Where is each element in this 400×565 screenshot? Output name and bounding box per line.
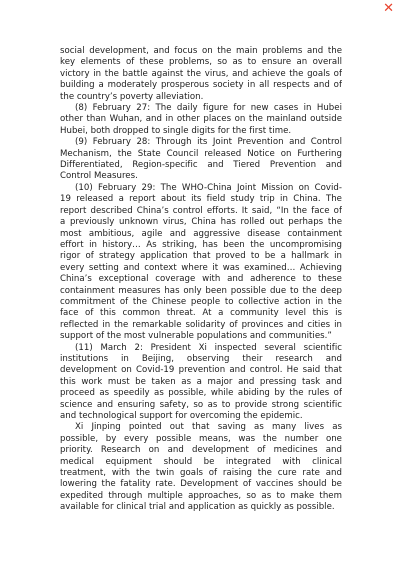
text-line: expedited through multiple approaches, s… [60,491,342,502]
text-line: treatment, with the twin goals of raisin… [60,468,342,479]
text-line: available for clinical trial and applica… [60,502,342,513]
close-icon[interactable]: ✕ [383,2,394,16]
text-line: medical equipment should be integrated w… [60,457,342,468]
text-line: containment measures has only been possi… [60,286,342,297]
paragraph: (10) February 29: The WHO-China Joint Mi… [60,183,342,343]
text-line: most ambitious, agile and aggressive dis… [60,229,342,240]
text-line: (8) February 27: The daily figure for ne… [60,103,342,114]
text-line: every setting and context where it was e… [60,263,342,274]
text-line: 19 released a report about its field stu… [60,194,342,205]
paragraph: (8) February 27: The daily figure for ne… [60,103,342,137]
text-line: (11) March 2: President Xi inspected sev… [60,343,342,354]
text-line: possible, by every possible means, was t… [60,434,342,445]
paragraph: Xi Jinping pointed out that saving as ma… [60,422,342,513]
text-line: this work must be taken as a major and p… [60,377,342,388]
paragraph: (9) February 28: Through its Joint Preve… [60,137,342,183]
text-line: face of this common threat. At a communi… [60,308,342,319]
text-line: Xi Jinping pointed out that saving as ma… [60,422,342,433]
text-line: rigor of strategy application that prove… [60,251,342,262]
text-line: Mechanism, the State Council released No… [60,149,342,160]
text-line: Hubei, both dropped to single digits for… [60,126,342,137]
text-line: Differentiated, Region-specific and Tier… [60,160,342,171]
text-line: building a moderately prosperous society… [60,80,342,91]
paragraph: (11) March 2: President Xi inspected sev… [60,343,342,423]
text-line: commitment of the Chinese people to coll… [60,297,342,308]
text-line: Control Measures. [60,171,342,182]
document-page: ✕ social development, and focus on the m… [0,0,400,565]
text-line: effort in history… As striking, has been… [60,240,342,251]
text-line: other than Wuhan, and in other places on… [60,114,342,125]
text-line: (9) February 28: Through its Joint Preve… [60,137,342,148]
text-line: reflected in the remarkable solidarity o… [60,320,342,331]
text-line: priority. Research on and development of… [60,445,342,456]
text-line: key elements of these problems, so as to… [60,57,342,68]
text-line: (10) February 29: The WHO-China Joint Mi… [60,183,342,194]
text-line: proceed as speedily as possible, while a… [60,388,342,399]
text-line: science and ensuring safety, so as to pr… [60,400,342,411]
text-line: development on Covid-19 prevention and c… [60,365,342,376]
text-line: China’s exceptional coverage with and ad… [60,274,342,285]
text-line: institutions in Beijing, observing their… [60,354,342,365]
text-line: victory in the battle against the virus,… [60,69,342,80]
text-line: a previously unknown virus, China has ro… [60,217,342,228]
text-line: support of the most vulnerable populatio… [60,331,342,342]
text-line: and technological support for overcoming… [60,411,342,422]
document-text: social development, and focus on the mai… [60,46,342,514]
text-line: social development, and focus on the mai… [60,46,342,57]
paragraph: social development, and focus on the mai… [60,46,342,103]
text-line: the country’s poverty alleviation. [60,92,342,103]
text-line: lowering the fatality rate. Development … [60,479,342,490]
text-line: report described China’s control efforts… [60,206,342,217]
